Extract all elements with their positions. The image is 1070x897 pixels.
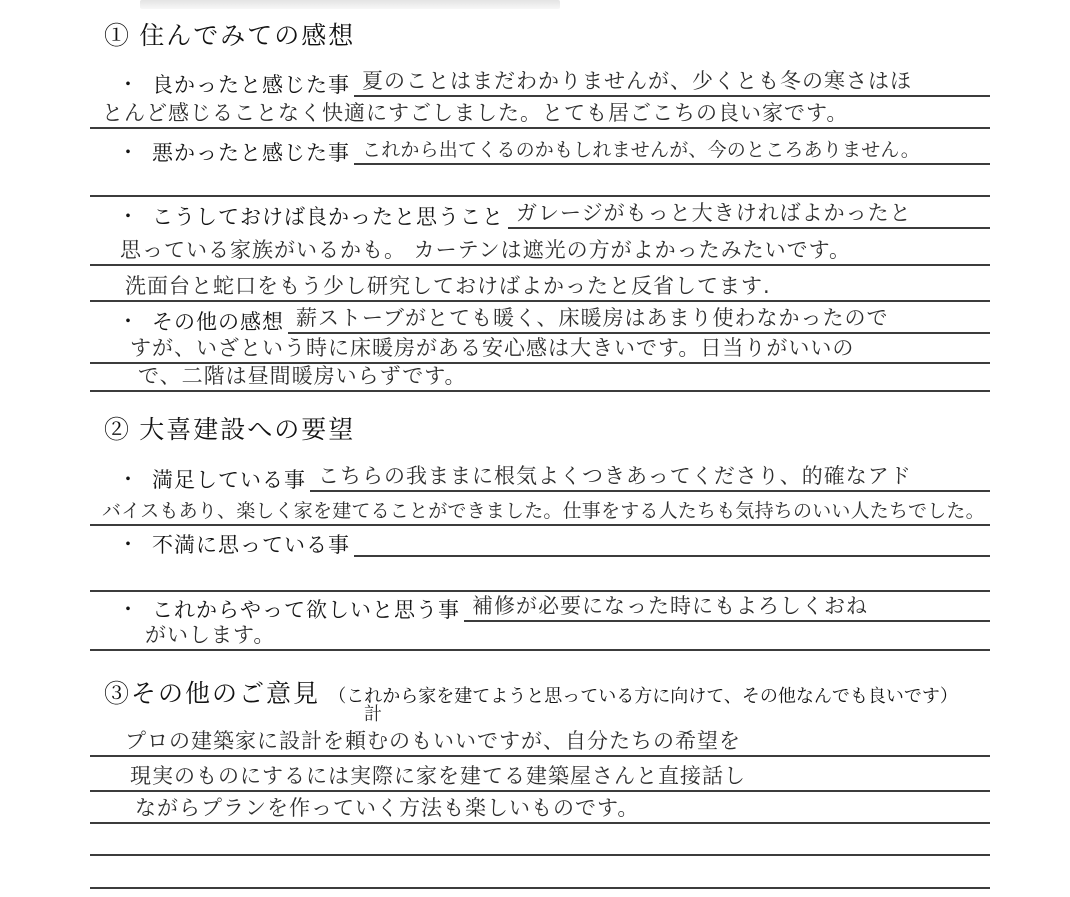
section-1-heading: ① 住んでみての感想 [104,16,355,52]
answer-line: 洗面台と蛇口をもう少し研究しておけばよかったと反省してます. [90,264,990,302]
bullet: ・ [118,470,138,490]
handwritten-answer: ガレージがもっと大きければよかったと [508,202,990,229]
ruled-line-empty [90,159,990,197]
question-row-satisfied: ・ 満足している事 こちらの我ままに根気よくつきあってくださり、的確なアド [90,456,990,492]
question-row-should-have-done: ・ こうしておけば良かったと思うこと ガレージがもっと大きければよかったと [90,193,990,229]
question-row-dissatisfied: ・ 不満に思っている事 [90,521,990,557]
handwritten-answer: がいします。 [90,624,275,649]
section-3-note: （これから家を建てようと思っている方に向けて、その他なんでも良いです） [328,686,958,706]
handwritten-answer: プロの建築家に設計を頼むのもいいですが、自分たちの希望を [90,730,741,755]
answer-line: で、二階は昼間暖房いらずです。 [90,354,990,392]
answer-line: がいします。 [90,613,990,651]
field-label-should-have-done: こうしておけば良かったと思うこと [152,205,504,229]
answer-line: 思っている家族がいるかも。 カーテンは遮光の方がよかったみたいです。 [90,228,990,266]
handwritten-answer: とんど感じることなく快適にすごしました。とても居ごこちの良い家です。 [90,102,848,127]
handwritten-answer: で、二階は昼間暖房いらずです。 [90,365,467,390]
answer-line: プロの建築家に設計を頼むのもいいですが、自分たちの希望を [90,719,990,757]
scan-artifact [140,0,560,9]
bullet: ・ [118,535,138,555]
section-2-heading: ② 大喜建設への要望 [104,410,355,446]
bullet: ・ [118,207,138,227]
ruled-line-empty [90,851,990,889]
section-3-heading: ③その他のご意見 （これから家を建てようと思っている方に向けて、その他なんでも良… [104,674,958,710]
answer-line: とんど感じることなく快適にすごしました。とても居ごこちの良い家です。 [90,91,990,129]
handwritten-answer: 洗面台と蛇口をもう少し研究しておけばよかったと反省してます. [90,275,771,300]
section-3-title: ③その他のご意見 [104,681,320,708]
handwritten-answer: 思っている家族がいるかも。 カーテンは遮光の方がよかったみたいです。 [90,239,851,264]
